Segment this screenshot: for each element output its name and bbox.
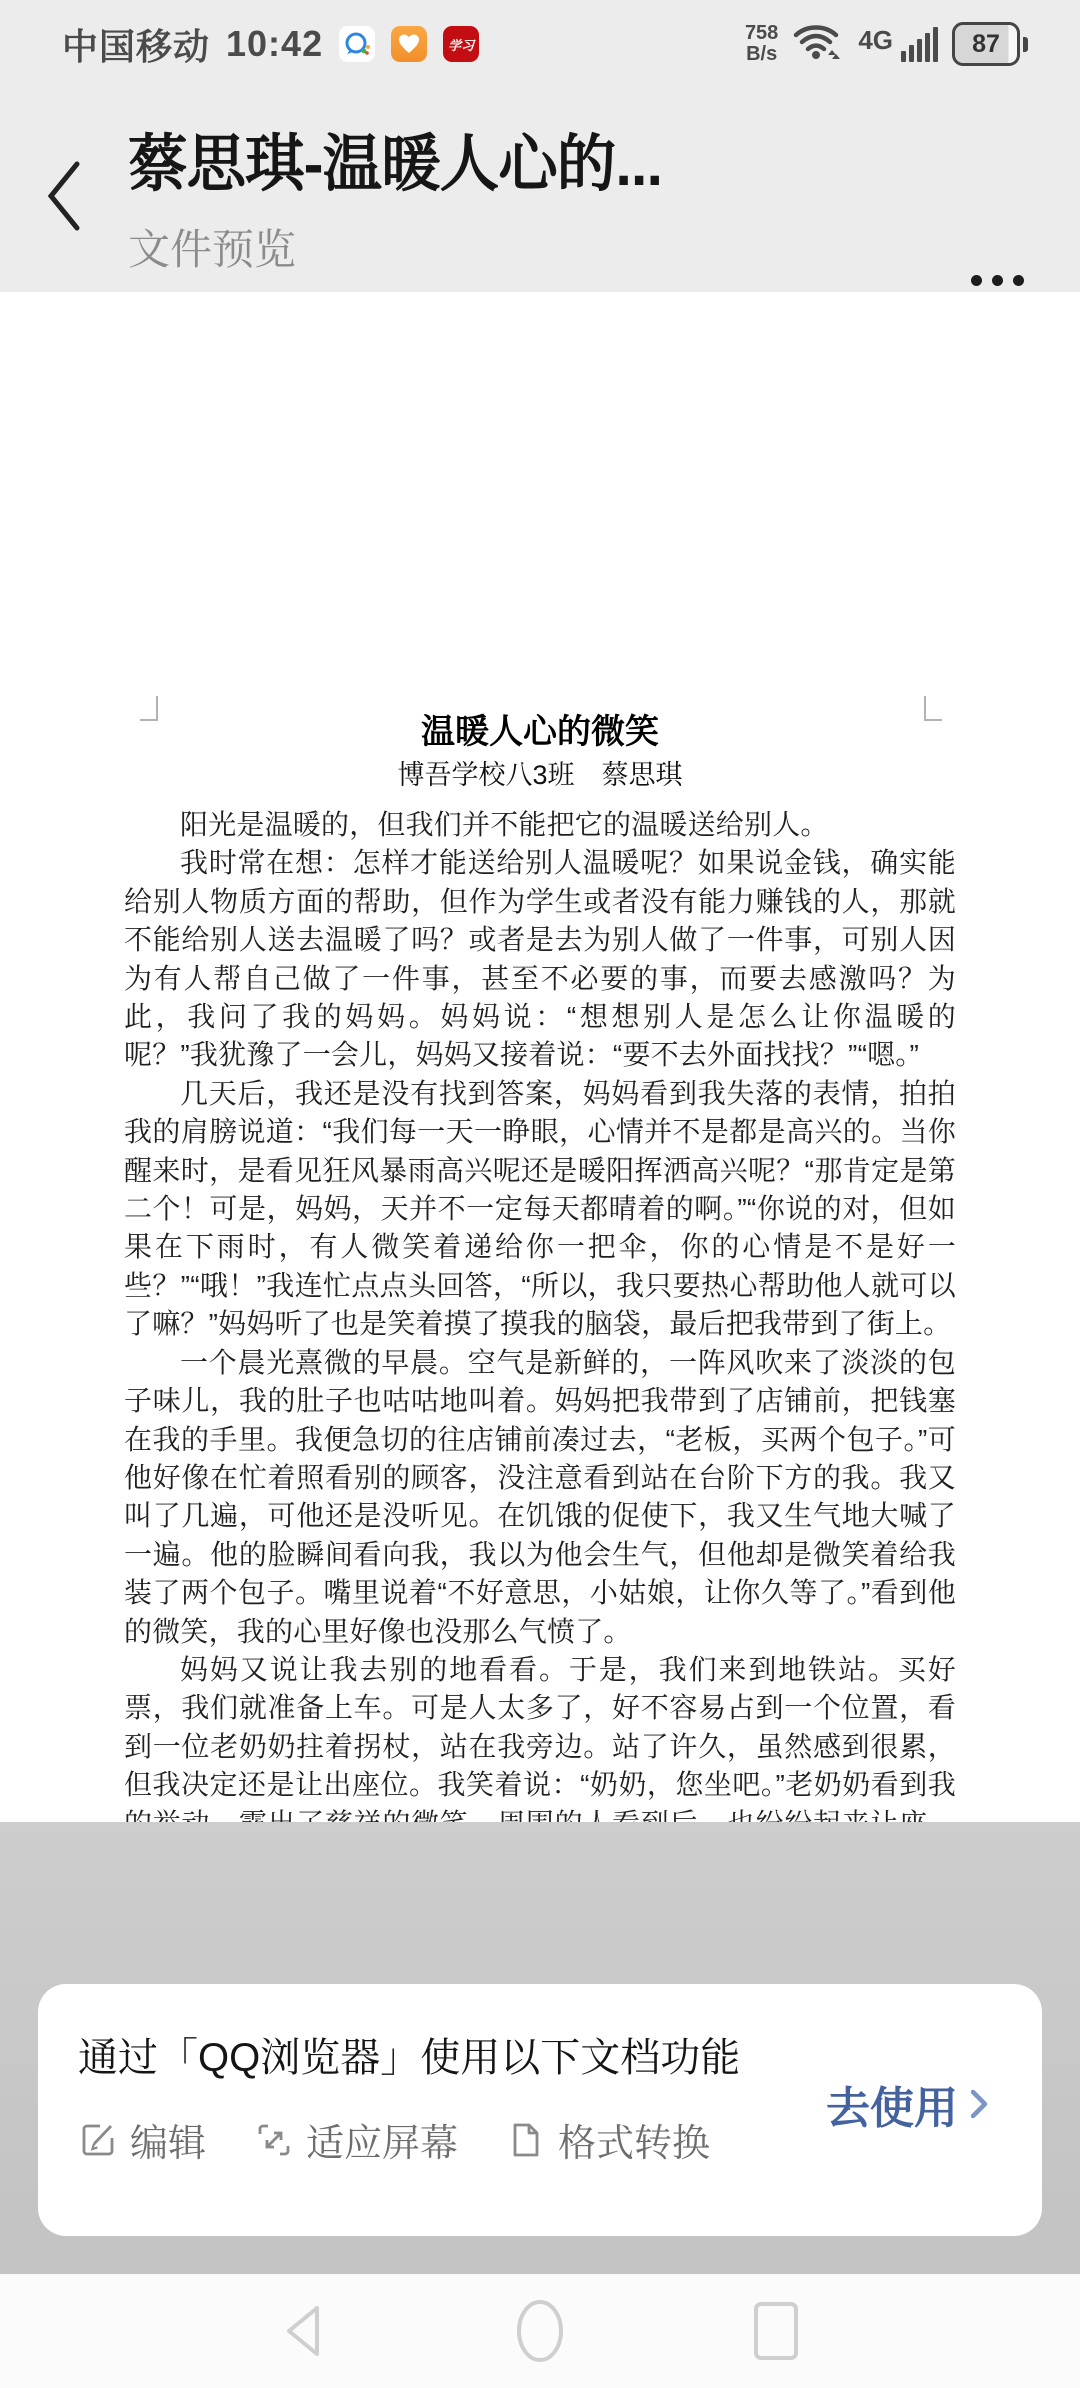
qq-browser-promo-card: 通过「QQ浏览器」使用以下文档功能 编辑 适应屏幕 (38, 1984, 1042, 2236)
file-title: 蔡思琪-温暖人心的... (128, 114, 858, 203)
document-preview[interactable]: 温暖人心的微笑 博吾学校八3班 蔡思琪 阳光是温暖的，但我们并不能把它的温暖送给… (0, 292, 1080, 1822)
phone-screen: 中国移动 10:42 学习 758 B/s (0, 0, 1080, 2388)
feature-edit-label: 编辑 (130, 2112, 206, 2167)
feature-format-convert-button[interactable]: 格式转换 (506, 2112, 710, 2167)
nav-recents-button[interactable] (746, 2296, 806, 2366)
document-byline: 博吾学校八3班 蔡思琪 (124, 756, 956, 794)
navigation-bar (0, 2274, 1080, 2388)
feature-edit-button[interactable]: 编辑 (78, 2112, 206, 2167)
feature-format-convert-label: 格式转换 (558, 2112, 710, 2167)
back-button[interactable] (34, 154, 94, 238)
preview-mode-label: 文件预览 (128, 217, 888, 277)
health-notification-icon (391, 26, 427, 62)
network-speed-unit: B/s (746, 44, 777, 65)
chevron-right-icon (968, 2087, 990, 2121)
circle-icon (514, 2298, 566, 2364)
document-paragraph: 阳光是温暖的，但我们并不能把它的温暖送给别人。 (124, 806, 956, 844)
clock: 10:42 (226, 23, 323, 65)
battery-percent: 87 (972, 30, 1000, 59)
wifi-icon (792, 21, 844, 68)
network-type-label: 4G (858, 25, 893, 56)
fit-screen-icon (254, 2120, 294, 2160)
battery-icon: 87 (952, 22, 1020, 66)
network-speed-value: 758 (745, 23, 778, 44)
nav-back-button[interactable] (274, 2296, 334, 2366)
more-icon (971, 275, 982, 286)
xuexi-notification-icon: 学习 (443, 26, 479, 62)
nav-home-button[interactable] (510, 2296, 570, 2366)
promo-title: 通过「QQ浏览器」使用以下文档功能 (78, 2026, 740, 2083)
feature-fit-screen-button[interactable]: 适应屏幕 (254, 2112, 458, 2167)
network-speed: 758 B/s (745, 23, 778, 65)
status-bar: 中国移动 10:42 学习 758 B/s (0, 0, 1080, 88)
go-use-button[interactable]: 去使用 (826, 2072, 990, 2136)
feature-fit-screen-label: 适应屏幕 (306, 2112, 458, 2167)
signal-bars-icon (901, 26, 938, 62)
document-title: 温暖人心的微笑 (124, 710, 956, 754)
battery-nub (1023, 37, 1028, 52)
triangle-left-icon (281, 2303, 327, 2359)
document-paragraph: 几天后，我还是没有找到答案，妈妈看到我失落的表情，拍拍我的肩膀说道：“我们每一天… (124, 1075, 956, 1344)
file-convert-icon (506, 2120, 546, 2160)
carrier-label: 中国移动 (62, 19, 210, 70)
qq-notification-icon (339, 26, 375, 62)
edit-icon (78, 2120, 118, 2160)
go-use-label: 去使用 (826, 2072, 958, 2136)
document-paragraph: 我时常在想：怎样才能送给别人温暖呢？如果说金钱，确实能给别人物质方面的帮助，但作… (124, 844, 956, 1074)
title-bar: 蔡思琪-温暖人心的... 文件预览 (0, 88, 1080, 292)
square-icon (752, 2300, 800, 2362)
document-paragraph: 一个晨光熹微的早晨。空气是新鲜的，一阵风吹来了淡淡的包子味儿，我的肚子也咕咕地叫… (124, 1344, 956, 1651)
